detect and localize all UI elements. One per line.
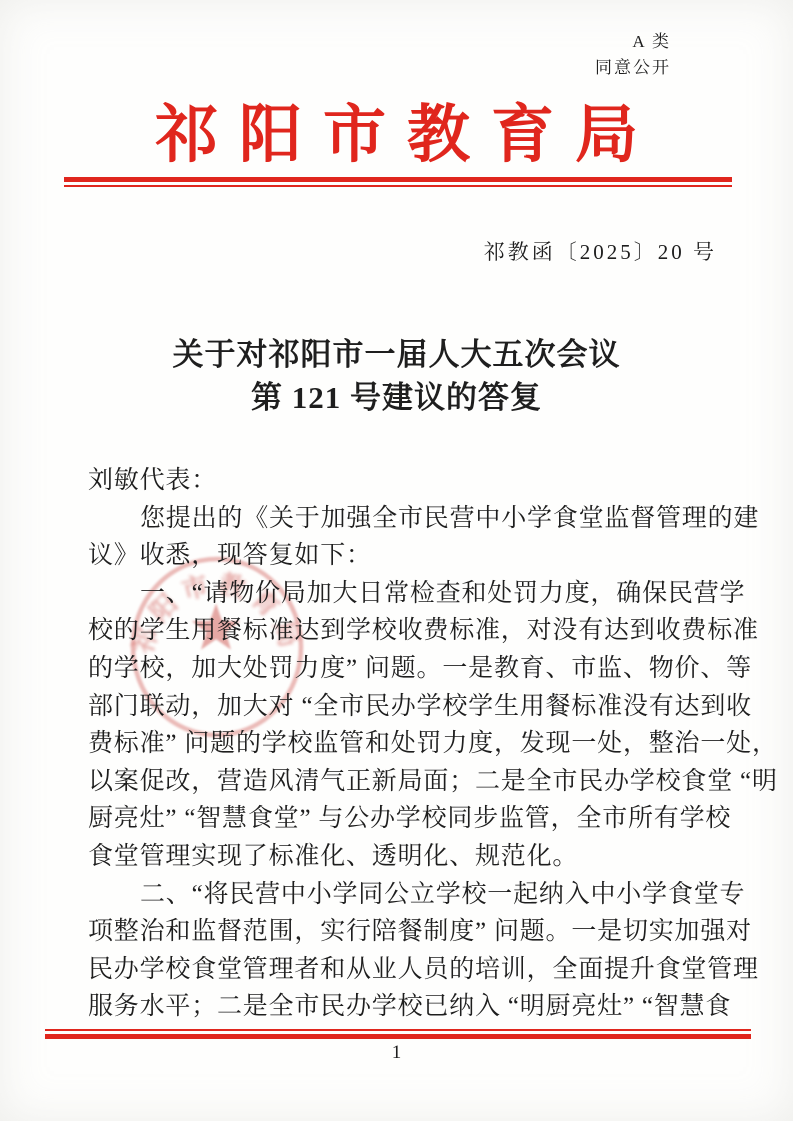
footer-rule-thick-line xyxy=(45,1034,751,1039)
body-line: 您提出的《关于加强全市民营中小学食堂监督管理的建 xyxy=(88,500,712,538)
body-lines: 您提出的《关于加强全市民营中小学食堂监督管理的建 议》收悉，现答复如下： 一、“… xyxy=(88,500,712,1026)
document-page: A 类 同意公开 祁阳市教育局 祁教函〔2025〕20 号 关于对祁阳市一届人大… xyxy=(0,0,793,1121)
body-line: 部门联动，加大对 “全市民办学校学生用餐标准没有达到收 xyxy=(88,688,712,726)
header-rule-thin-line xyxy=(64,185,732,187)
body-line: 服务水平；二是全市民办学校已纳入 “明厨亮灶” “智慧食 xyxy=(88,988,712,1026)
document-title-line2: 第 121 号建议的答复 xyxy=(0,376,793,419)
body-line: 以案促改，营造风清气正新局面；二是全市民办学校食堂 “明 xyxy=(88,763,712,801)
body-line: 校的学生用餐标准达到学校收费标准，对没有达到收费标准 xyxy=(88,612,712,650)
classification-label: A 类 xyxy=(595,29,671,55)
footer-rule xyxy=(45,1029,751,1039)
document-title: 关于对祁阳市一届人大五次会议 第 121 号建议的答复 xyxy=(0,333,793,419)
page-number: 1 xyxy=(0,1042,793,1064)
classification-block: A 类 同意公开 xyxy=(595,29,671,81)
letter-body: 刘敏代表： 您提出的《关于加强全市民营中小学食堂监督管理的建 议》收悉，现答复如… xyxy=(88,462,712,1026)
body-line: 二、“将民营中小学同公立学校一起纳入中小学食堂专 xyxy=(88,876,712,914)
salutation: 刘敏代表： xyxy=(88,462,712,500)
body-line: 议》收悉，现答复如下： xyxy=(88,537,712,575)
body-line: 食堂管理实现了标准化、透明化、规范化。 xyxy=(88,838,712,876)
body-line: 项整治和监督范围，实行陪餐制度” 问题。一是切实加强对 xyxy=(88,913,712,951)
body-line: 厨亮灶” “智慧食堂” 与公办学校同步监管，全市所有学校 xyxy=(88,800,712,838)
document-title-line1: 关于对祁阳市一届人大五次会议 xyxy=(0,333,793,376)
publicity-label: 同意公开 xyxy=(595,55,671,81)
body-line: 民办学校食堂管理者和从业人员的培训，全面提升食堂管理 xyxy=(88,951,712,989)
doc-number: 祁教函〔2025〕20 号 xyxy=(484,236,717,266)
body-line: 费标准” 问题的学校监管和处罚力度，发现一处，整治一处， xyxy=(88,725,712,763)
body-line: 的学校，加大处罚力度” 问题。一是教育、市监、物价、等 xyxy=(88,650,712,688)
body-line: 一、“请物价局加大日常检查和处罚力度，确保民营学 xyxy=(88,575,712,613)
agency-title: 祁阳市教育局 xyxy=(0,84,793,175)
header-rule xyxy=(64,177,732,187)
